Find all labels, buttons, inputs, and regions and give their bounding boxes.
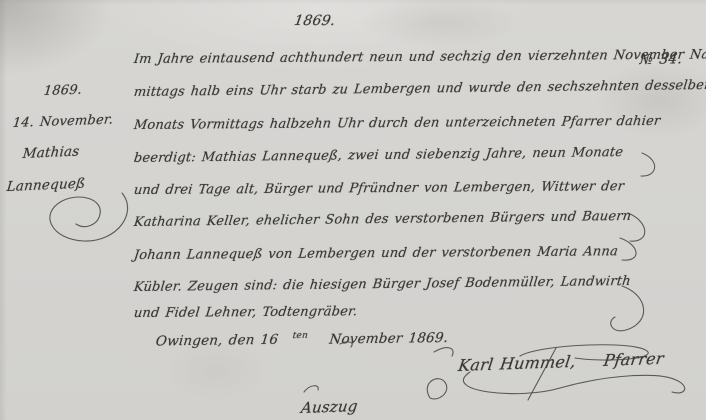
margin-name-last: Lannequeß <box>6 175 86 195</box>
line4-end-flourish <box>641 153 655 176</box>
signature: Karl Hummel,Pfarrer <box>457 349 665 375</box>
body-line-4: beerdigt: Mathias Lannequeß, zwei und si… <box>133 145 624 166</box>
dateline-place-day: Owingen, den 16 <box>155 332 279 350</box>
signature-underline-flourish <box>463 372 684 394</box>
margin-date: 14. November. <box>12 112 114 131</box>
year-heading: 1869. <box>293 13 337 29</box>
line8-end-flourish <box>611 286 644 331</box>
margin-name-first: Mathias <box>22 143 80 162</box>
dateline-superscript: ten <box>292 331 308 341</box>
margin-name-flourish <box>50 193 128 241</box>
body-line-7: Johann Lannequeß von Lembergen und der v… <box>133 244 619 263</box>
line7-end-flourish <box>620 238 636 260</box>
body-line-5: und drei Tage alt, Bürger und Pfründner … <box>133 179 625 198</box>
dateline: Owingen, den 16tenNovember 1869. <box>155 329 449 350</box>
document-page: 1869. № 34. 1869. 14. November. Mathias … <box>0 0 706 420</box>
dateline-rest: November 1869. <box>329 329 449 347</box>
footer-top-flourish <box>304 386 318 392</box>
body-line-8: Kübler. Zeugen sind: die hiesigen Bürger… <box>133 274 632 295</box>
margin-year: 1869. <box>43 83 83 99</box>
footer-loop-flourish <box>427 379 447 399</box>
signature-lead-flourish <box>434 348 453 356</box>
body-line-3: Monats Vormittags halbzehn Uhr durch den… <box>133 114 661 133</box>
body-line-9: und Fidel Lehner, Todtengräber. <box>133 304 358 321</box>
body-line-1: Im Jahre eintausend achthundert neun und… <box>133 47 706 67</box>
body-line-2: mittags halb eins Uhr starb zu Lembergen… <box>133 78 706 100</box>
signature-title: Pfarrer <box>602 349 665 370</box>
body-line-6: Katharina Keller, ehelicher Sohn des ver… <box>133 209 632 230</box>
signature-name: Karl Hummel, <box>457 352 577 375</box>
footer-extract: Auszug <box>300 397 359 417</box>
